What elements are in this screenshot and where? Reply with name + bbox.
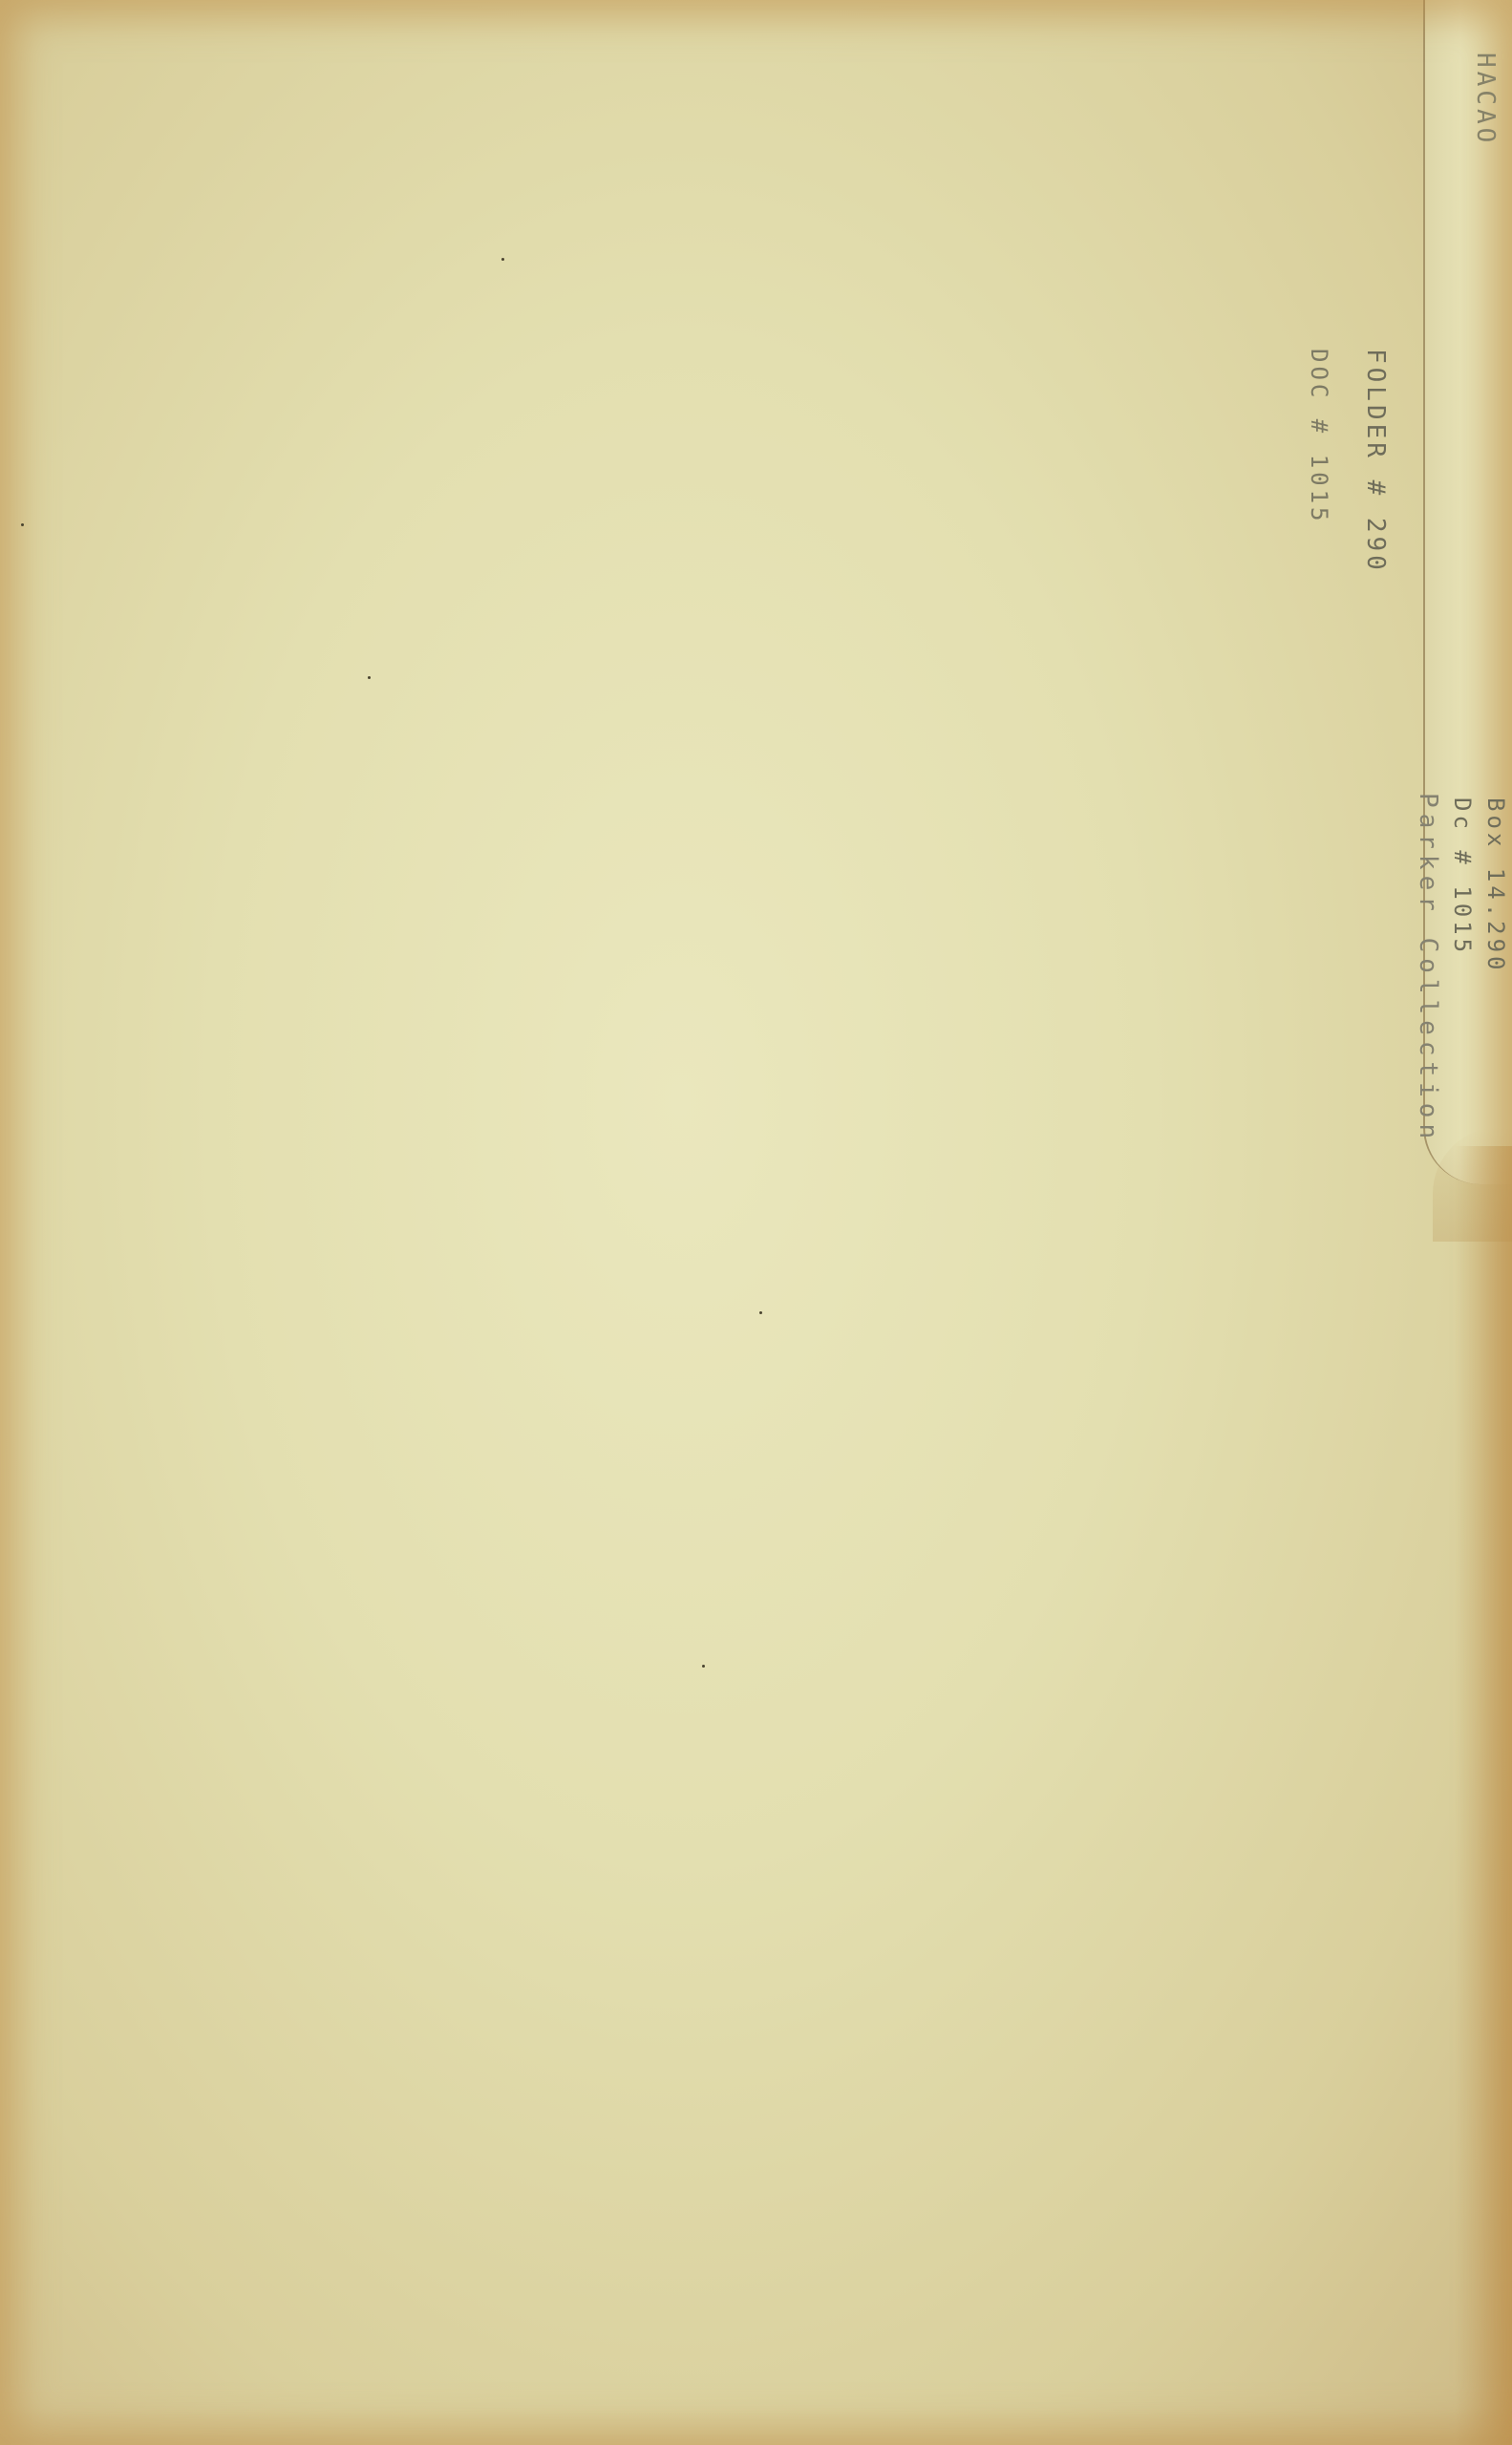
box-label: Box 14.290 xyxy=(1482,797,1509,974)
edge-shadow xyxy=(1455,1146,1512,2445)
folder-cover xyxy=(0,0,1512,2445)
dc-label: Dc # 1015 xyxy=(1449,797,1476,956)
tab-label: HACAO xyxy=(1471,53,1500,146)
doc-number: DOC # 1015 xyxy=(1306,349,1332,525)
folder-number: FOLDER # 290 xyxy=(1361,349,1390,574)
speck xyxy=(21,523,24,526)
speck xyxy=(702,1665,705,1668)
speck xyxy=(759,1311,762,1314)
collection-label: Parker Collection xyxy=(1414,793,1442,1144)
speck xyxy=(501,258,504,261)
speck xyxy=(368,676,371,679)
